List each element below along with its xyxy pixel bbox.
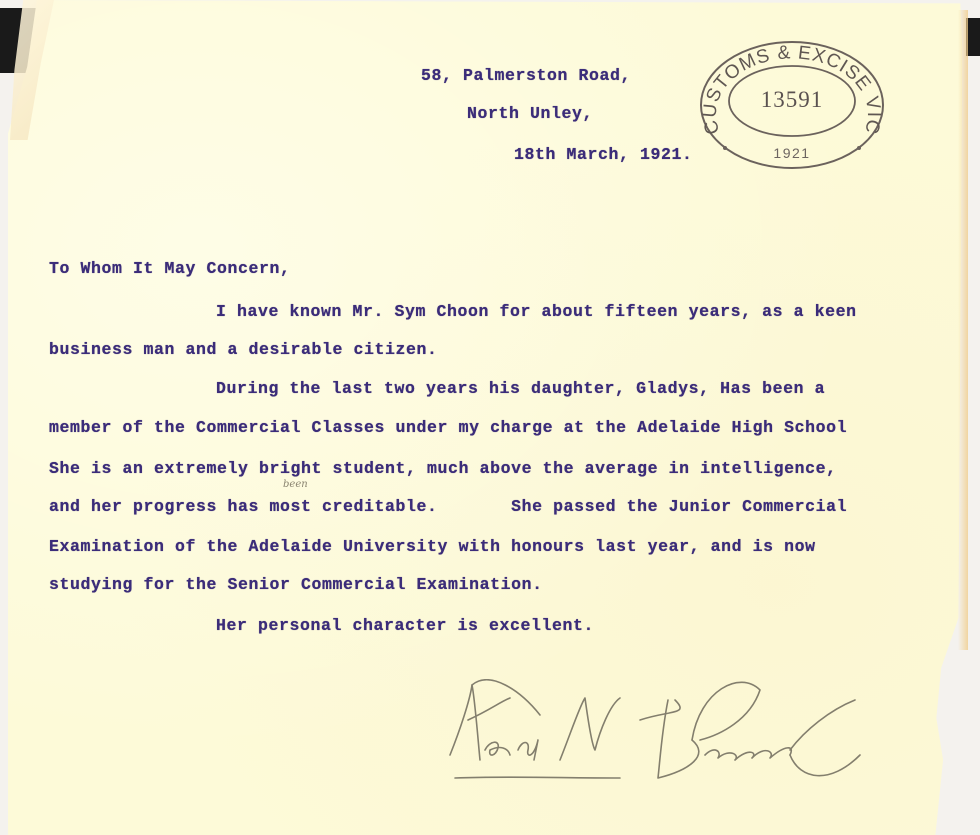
address-line-street: 58, Palmerston Road, bbox=[421, 68, 631, 85]
body-line-8: studying for the Senior Commercial Exami… bbox=[49, 577, 543, 594]
customs-stamp: CUSTOMS & EXCISE VIC 13591 1921 bbox=[697, 38, 887, 172]
body-line-6: and her progress has most creditable. Sh… bbox=[49, 499, 847, 516]
signature-scrawl-icon bbox=[430, 660, 870, 800]
body-line-7: Examination of the Adelaide University w… bbox=[49, 539, 816, 556]
address-line-suburb: North Unley, bbox=[467, 106, 593, 123]
stamp-year: 1921 bbox=[697, 145, 887, 161]
scan-background-dark-right bbox=[966, 18, 980, 56]
body-line-1: I have known Mr. Sym Choon for about fif… bbox=[216, 304, 857, 321]
salutation: To Whom It May Concern, bbox=[49, 261, 291, 278]
paper-aged-edge bbox=[958, 10, 968, 650]
body-line-2: business man and a desirable citizen. bbox=[49, 342, 438, 359]
signature bbox=[430, 660, 870, 800]
body-line-4: member of the Commercial Classes under m… bbox=[49, 420, 847, 437]
body-line-3: During the last two years his daughter, … bbox=[216, 381, 825, 398]
body-line-9: Her personal character is excellent. bbox=[216, 618, 594, 635]
letter-date: 18th March, 1921. bbox=[514, 147, 693, 164]
body-line-5: She is an extremely bright student, much… bbox=[49, 461, 837, 478]
stamp-number: 13591 bbox=[697, 87, 887, 113]
handwritten-insertion: been bbox=[283, 479, 308, 490]
